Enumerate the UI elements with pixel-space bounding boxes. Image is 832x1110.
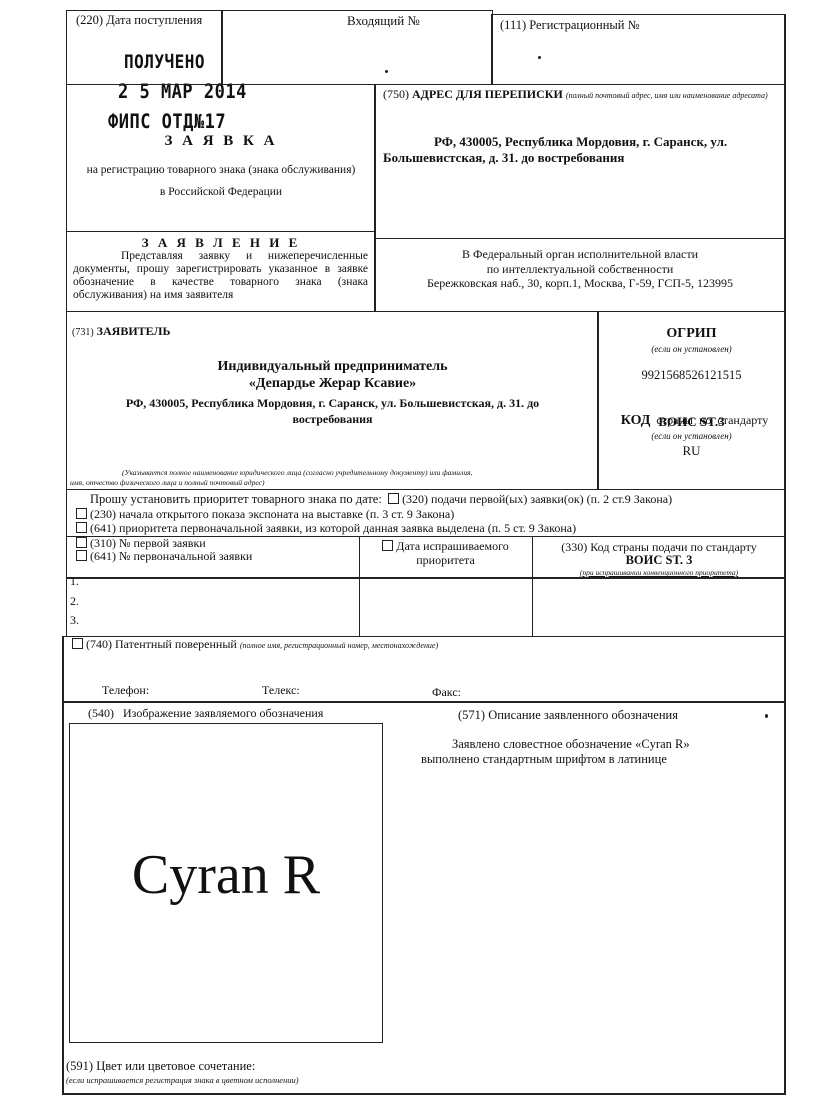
applicant-title: ЗАЯВИТЕЛЬ [97,324,171,338]
scan-speck [538,56,541,59]
applicant-name-line1: Индивидуальный предприниматель [66,359,599,375]
attorney-hint: (полное имя, регистрационный номер, мест… [240,641,438,650]
priority-320-checkbox[interactable] [388,493,399,504]
color-hint: (если испрашивается регистрация знака в … [66,1075,299,1085]
priority-date-header-line2: приоритета [359,553,532,568]
priority-intro-row: Прошу установить приоритет товарного зна… [90,492,672,507]
correspondence-code: (750) [383,87,409,101]
country-code-standard: ВОИС ST.3 [597,414,786,430]
registration-number-label: (111) Регистрационный № [500,18,640,33]
priority-320-label: (320) подачи первой(ых) заявки(ок) (п. 2… [402,492,672,506]
priority-date-header: Дата испрашиваемого [359,539,532,554]
color-label: (591) Цвет или цветовое сочетание: [66,1059,255,1074]
description-line2: выполнено стандартным шрифтом в латинице [421,752,667,767]
priority-641-checkbox[interactable] [76,522,87,533]
attorney-telex-label: Телекс: [262,683,300,698]
first-application-checkbox[interactable] [76,537,87,548]
attorney-phone-label: Телефон: [102,683,149,698]
priority-row-number: 3. [70,613,79,628]
mark-image-label: (540) Изображение заявляемого обозначени… [88,706,323,721]
statement-text: Представляя заявку и нижеперечисленные д… [73,250,368,302]
original-application-checkbox[interactable] [76,550,87,561]
country-filing-standard: ВОИС ST. 3 [532,553,786,568]
date-received-label: (220) Дата поступления [76,13,202,28]
correspondence-address-line1: РФ, 430005, Республика Мордовия, г. Сара… [434,134,727,150]
correspondence-label: (750) АДРЕС ДЛЯ ПЕРЕПИСКИ (полный почтов… [383,89,778,101]
priority-641-row: (641) приоритета первоначальной заявки, … [76,521,576,536]
recipient-line1: В Федеральный орган исполнительной власт… [374,247,786,262]
correspondence-hint: (полный почтовый адрес, имя или наименов… [566,91,768,100]
ogrip-value: 9921568526121515 [597,368,786,383]
attorney-checkbox[interactable] [72,638,83,649]
scan-speck [385,70,388,73]
country-filing-hint: (при испрашивании конвенционного приорит… [532,568,786,577]
original-application-row: (641) № первоначальной заявки [76,549,252,564]
applicant-hint-line1: (Указывается полное наименование юридиче… [122,468,473,477]
first-application-label: (310) № первой заявки [90,536,206,550]
priority-row-number: 1. [70,574,79,589]
statement-title: З А Я В Л Е Н И Е [66,235,376,251]
mark-image-text: Cyran R [69,840,383,910]
priority-230-label: (230) начала открытого показа экспоната … [90,507,454,521]
recipient-line3: Бережковская наб., 30, корп.1, Москва, Г… [374,276,786,291]
country-code-hint: (если он установлен) [597,431,786,441]
applicant-label: (731) ЗАЯВИТЕЛЬ [72,324,170,339]
application-title-box [66,84,376,232]
priority-date-label: Дата испрашиваемого [396,539,508,553]
applicant-name-line2: «Депардье Жерар Ксавие» [66,376,599,392]
received-stamp-line1: ПОЛУЧЕНО [124,51,205,73]
application-subtitle-country: в Российской Федерации [66,186,376,198]
priority-230-row: (230) начала открытого показа экспоната … [76,507,454,522]
original-application-label: (641) № первоначальной заявки [90,549,252,563]
application-title: З А Я В К А [66,133,376,150]
country-code-value: RU [597,443,786,459]
correspondence-title: АДРЕС ДЛЯ ПЕРЕПИСКИ [412,87,563,101]
priority-table-header-divider [66,577,786,579]
applicant-address-line1: РФ, 430005, Республика Мордовия, г. Сара… [66,396,599,411]
priority-row-number: 2. [70,594,79,609]
application-subtitle: на регистрацию товарного знака (знака об… [66,164,376,176]
scan-speck [765,714,768,718]
priority-641-label: (641) приоритета первоначальной заявки, … [90,521,576,535]
attorney-fax-label: Факс: [432,685,461,700]
description-line1: Заявлено словестное обозначение «Cyran R… [452,737,690,752]
applicant-hint-line2: имя, отчество физического лица и полный … [70,478,265,487]
priority-230-checkbox[interactable] [76,508,87,519]
description-label: (571) Описание заявленного обозначения [458,708,678,723]
ogrip-hint: (если он установлен) [597,344,786,354]
applicant-code: (731) [72,327,94,338]
incoming-number-label: Входящий № [347,13,420,29]
attorney-label: (740) Патентный поверенный [86,637,237,651]
recipient-line2: по интеллектуальной собственности [374,262,786,277]
ogrip-title: ОГРИП [597,326,786,342]
attorney-row: (740) Патентный поверенный (полное имя, … [72,637,438,652]
priority-date-checkbox[interactable] [382,540,393,551]
applicant-address-line2: востребования [66,412,599,427]
correspondence-address-line2: Большевистская, д. 31. до востребования [383,150,624,166]
priority-intro: Прошу установить приоритет товарного зна… [90,492,382,506]
